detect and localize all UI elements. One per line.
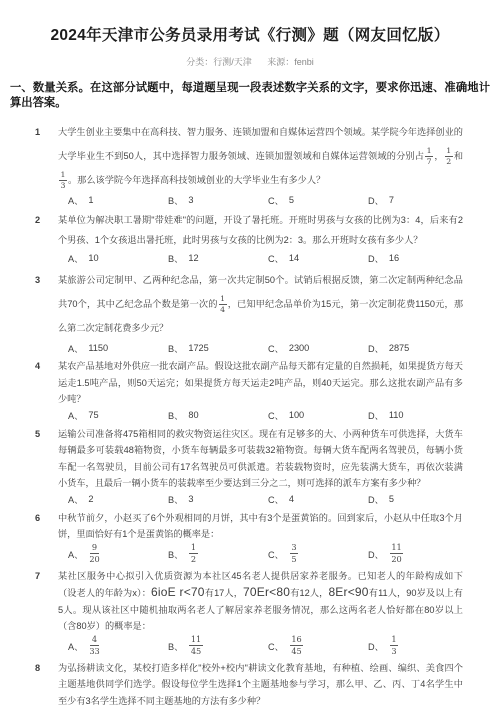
- option-fraction: 1145: [189, 635, 202, 655]
- option-label: B、: [168, 193, 183, 207]
- option-value: 7: [389, 195, 394, 205]
- option-fraction: 1645: [290, 635, 303, 655]
- option-label: A、: [68, 639, 83, 653]
- question-text-segment: 为弘扬耕读文化，某校打造多样化"校外+校内"耕读文化教育基地，有种植、绘画、编织…: [58, 663, 463, 706]
- question-body: 大学生创业主要集中在高科技、智力服务、连锁加盟和自媒体运营四个领域。某学院今年选…: [58, 120, 463, 207]
- question-number: 8: [35, 660, 58, 708]
- question-body: 某农产品基地对外供应一批农副产品。假设这批农副产品每天都有定量的自然损耗，如果提…: [58, 358, 463, 423]
- option-item: C、4: [268, 492, 368, 506]
- option-value: 12: [188, 253, 198, 263]
- fraction-denominator: 45: [191, 646, 201, 656]
- option-value: 75: [88, 410, 98, 420]
- fraction-denominator: 45: [291, 646, 301, 656]
- question-text-segment: 有12人，: [290, 588, 328, 598]
- option-item: D、16: [368, 251, 468, 265]
- option-item: C、5: [268, 193, 368, 207]
- option-item: D、13: [368, 635, 468, 655]
- question-text-segment: 8Er<90: [328, 585, 368, 599]
- option-label: A、: [68, 492, 83, 506]
- fraction-numerator: 3: [290, 543, 298, 554]
- option-fraction: 920: [89, 543, 99, 563]
- meta-category: 分类：行测/天津: [186, 57, 252, 67]
- option-label: D、: [368, 547, 384, 561]
- option-value: 4: [289, 494, 294, 504]
- question-text-segment: 某农产品基地对外供应一批农副产品。假设这批农副产品每天都有定量的自然损耗，如果提…: [58, 361, 463, 404]
- option-label: B、: [168, 492, 183, 506]
- question-body: 某社区服务中心拟引入优质资源为本社区45名老人提供居家养老服务。已知老人的年龄构…: [58, 568, 463, 657]
- options-row: A、1150B、1725C、2300D、2875: [58, 340, 463, 355]
- option-label: B、: [168, 251, 183, 265]
- option-item: B、80: [168, 408, 268, 422]
- fraction-denominator: 4: [220, 305, 225, 314]
- option-fraction: 433: [89, 635, 99, 655]
- question-text-segment: 大学生创业主要集中在高科技、智力服务、连锁加盟和自媒体运营四个领域。某学院今年选…: [58, 127, 463, 161]
- question-item: 2某单位为解决职工暑期"带娃难"的问题，开设了暑托班。开班时男孩与女孩的比例为3…: [0, 210, 500, 265]
- option-value: 2875: [389, 343, 409, 353]
- option-item: A、1150: [68, 341, 168, 355]
- option-value: 5: [289, 195, 294, 205]
- fraction-denominator: 2: [446, 157, 451, 166]
- option-item: C、1645: [268, 635, 368, 655]
- question-item: 6中秋节前夕，小赵买了6个外观相同的月饼，其中有3个是蛋黄馅的。回到家后，小赵从…: [0, 510, 500, 565]
- option-value: 14: [289, 253, 299, 263]
- question-number: 6: [35, 510, 58, 565]
- option-value: 80: [188, 410, 198, 420]
- question-item: 4某农产品基地对外供应一批农副产品。假设这批农副产品每天都有定量的自然损耗，如果…: [0, 358, 500, 423]
- option-label: C、: [268, 492, 284, 506]
- fraction-numerator: 1: [390, 635, 398, 646]
- question-text: 某旅游公司定制甲、乙两种纪念品，第一次共定制50个。试销后根据反馈，第二次定制两…: [58, 268, 463, 340]
- option-item: D、1120: [368, 543, 468, 563]
- options-row: A、2B、3C、4D、5: [58, 492, 463, 507]
- fraction-numerator: 4: [90, 635, 98, 646]
- option-label: B、: [168, 408, 183, 422]
- question-text-segment: 6ioE r<70: [151, 585, 205, 599]
- option-item: C、2300: [268, 341, 368, 355]
- option-value: 5: [389, 494, 394, 504]
- fraction-denominator: 33: [89, 646, 99, 656]
- fraction-denominator: 20: [89, 554, 99, 564]
- question-text-segment: 有17人，: [205, 588, 243, 598]
- option-label: D、: [368, 639, 384, 653]
- option-item: C、14: [268, 251, 368, 265]
- option-label: B、: [168, 547, 183, 561]
- question-item: 8为弘扬耕读文化，某校打造多样化"校外+校内"耕读文化教育基地，有种植、绘画、编…: [0, 660, 500, 708]
- fraction-numerator: 1: [189, 543, 197, 554]
- question-item: 5运输公司准备将475箱相同的救灾物资运往灾区。现在有足够多的大、小两种货车可供…: [0, 426, 500, 507]
- option-value: 1725: [188, 343, 208, 353]
- question-number: 5: [35, 426, 58, 507]
- options-row: A、920B、12C、35D、1120: [58, 543, 463, 565]
- fraction-numerator: 1: [425, 147, 433, 157]
- options-row: A、75B、80C、100D、110: [58, 408, 463, 423]
- option-label: A、: [68, 341, 83, 355]
- question-text: 运输公司准备将475箱相同的救灾物资运往灾区。现在有足够多的大、小两种货车可供选…: [58, 426, 463, 492]
- option-value: 1: [88, 195, 93, 205]
- exam-page: 2024年天津市公务员录用考试《行测》题（网友回忆版） 分类：行测/天津 来源：…: [0, 0, 500, 708]
- fraction-denominator: 7: [427, 157, 432, 166]
- option-fraction: 12: [189, 543, 197, 563]
- option-value: 1150: [88, 343, 108, 353]
- option-value: 10: [88, 253, 98, 263]
- option-label: C、: [268, 341, 284, 355]
- question-body: 某单位为解决职工暑期"带娃难"的问题，开设了暑托班。开班时男孩与女孩的比例为3：…: [58, 210, 463, 265]
- question-number: 4: [35, 358, 58, 423]
- option-label: B、: [168, 639, 183, 653]
- question-item: 7某社区服务中心拟引入优质资源为本社区45名老人提供居家养老服务。已知老人的年龄…: [0, 568, 500, 657]
- option-value: 2: [88, 494, 93, 504]
- question-body: 某旅游公司定制甲、乙两种纪念品，第一次共定制50个。试销后根据反馈，第二次定制两…: [58, 268, 463, 355]
- question-body: 中秋节前夕，小赵买了6个外观相同的月饼，其中有3个是蛋黄馅的。回到家后，小赵从中…: [58, 510, 463, 565]
- fraction-denominator: 3: [61, 181, 66, 190]
- option-fraction: 13: [390, 635, 398, 655]
- options-row: A、1B、3C、5D、7: [58, 192, 463, 207]
- option-item: B、1725: [168, 341, 268, 355]
- question-text: 中秋节前夕，小赵买了6个外观相同的月饼，其中有3个是蛋黄馅的。回到家后，小赵从中…: [58, 510, 463, 543]
- option-label: B、: [168, 341, 183, 355]
- section-heading: 一、数量关系。在这部分试题中，每道题呈现一段表述数字关系的文字，要求你迅速、准确…: [10, 81, 490, 111]
- question-text-segment: 中秋节前夕，小赵买了6个外观相同的月饼，其中有3个是蛋黄馅的。回到家后，小赵从中…: [58, 513, 463, 540]
- option-item: A、433: [68, 635, 168, 655]
- option-label: D、: [368, 193, 384, 207]
- option-value: 3: [188, 494, 193, 504]
- option-item: D、2875: [368, 341, 468, 355]
- option-item: B、1145: [168, 635, 268, 655]
- option-item: A、2: [68, 492, 168, 506]
- fraction-numerator: 16: [290, 635, 303, 646]
- option-value: 3: [188, 195, 193, 205]
- fraction-denominator: 5: [291, 554, 296, 564]
- question-number: 1: [35, 120, 58, 207]
- option-label: D、: [368, 251, 384, 265]
- fraction-denominator: 20: [391, 554, 401, 564]
- option-item: A、920: [68, 543, 168, 563]
- option-value: 100: [289, 410, 304, 420]
- fraction-numerator: 9: [90, 543, 98, 554]
- fraction-denominator: 2: [191, 554, 196, 564]
- option-item: C、35: [268, 543, 368, 563]
- meta-line: 分类：行测/天津 来源：fenbi: [0, 56, 500, 68]
- inline-fraction: 12: [445, 147, 453, 166]
- option-label: C、: [268, 408, 284, 422]
- options-row: A、10B、12C、14D、16: [58, 250, 463, 265]
- fraction-numerator: 11: [189, 635, 202, 646]
- option-value: 2300: [289, 343, 309, 353]
- question-body: 运输公司准备将475箱相同的救灾物资运往灾区。现在有足够多的大、小两种货车可供选…: [58, 426, 463, 507]
- option-label: D、: [368, 408, 384, 422]
- option-value: 16: [389, 253, 399, 263]
- options-row: A、433B、1145C、1645D、13: [58, 635, 463, 657]
- option-label: C、: [268, 251, 284, 265]
- option-item: B、3: [168, 193, 268, 207]
- option-label: D、: [368, 492, 384, 506]
- option-item: A、1: [68, 193, 168, 207]
- option-label: A、: [68, 408, 83, 422]
- question-number: 7: [35, 568, 58, 657]
- option-item: D、7: [368, 193, 468, 207]
- question-text: 为弘扬耕读文化，某校打造多样化"校外+校内"耕读文化教育基地，有种植、绘画、编织…: [58, 660, 463, 708]
- option-item: D、110: [368, 408, 468, 422]
- option-item: A、10: [68, 251, 168, 265]
- question-number: 2: [35, 210, 58, 265]
- question-text-segment: 和: [454, 151, 463, 161]
- question-text: 某农产品基地对外供应一批农副产品。假设这批农副产品每天都有定量的自然损耗，如果提…: [58, 358, 463, 408]
- page-title: 2024年天津市公务员录用考试《行测》题（网友回忆版）: [0, 26, 500, 46]
- question-text-segment: ，: [434, 151, 444, 161]
- option-item: B、3: [168, 492, 268, 506]
- option-item: A、75: [68, 408, 168, 422]
- fraction-denominator: 3: [391, 646, 396, 656]
- option-label: C、: [268, 639, 284, 653]
- option-value: 110: [389, 410, 404, 420]
- question-item: 1大学生创业主要集中在高科技、智力服务、连锁加盟和自媒体运营四个领域。某学院今年…: [0, 120, 500, 207]
- question-text: 某社区服务中心拟引入优质资源为本社区45名老人提供居家养老服务。已知老人的年龄构…: [58, 568, 463, 635]
- question-item: 3某旅游公司定制甲、乙两种纪念品，第一次共定制50个。试销后根据反馈，第二次定制…: [0, 268, 500, 355]
- option-label: A、: [68, 547, 83, 561]
- inline-fraction: 13: [59, 171, 67, 190]
- question-text: 大学生创业主要集中在高科技、智力服务、连锁加盟和自媒体运营四个领域。某学院今年选…: [58, 120, 463, 192]
- option-label: A、: [68, 251, 83, 265]
- option-fraction: 1120: [390, 543, 403, 563]
- option-item: B、12: [168, 543, 268, 563]
- question-text-segment: 70Er<80: [243, 585, 290, 599]
- inline-fraction: 17: [425, 147, 433, 166]
- question-text-segment: 某单位为解决职工暑期"带娃难"的问题，开设了暑托班。开班时男孩与女孩的比例为3：…: [58, 215, 463, 245]
- option-fraction: 35: [290, 543, 298, 563]
- inline-fraction: 14: [219, 295, 227, 314]
- option-item: D、5: [368, 492, 468, 506]
- fraction-numerator: 11: [390, 543, 403, 554]
- question-body: 为弘扬耕读文化，某校打造多样化"校外+校内"耕读文化教育基地，有种植、绘画、编织…: [58, 660, 463, 708]
- question-number: 3: [35, 268, 58, 355]
- question-text-segment: 。那么该学院今年选择高科技领域创业的大学毕业生有多少人？: [68, 175, 325, 185]
- option-label: C、: [268, 547, 284, 561]
- question-text: 某单位为解决职工暑期"带娃难"的问题，开设了暑托班。开班时男孩与女孩的比例为3：…: [58, 210, 463, 250]
- option-label: A、: [68, 193, 83, 207]
- option-item: B、12: [168, 251, 268, 265]
- question-text-segment: 运输公司准备将475箱相同的救灾物资运往灾区。现在有足够多的大、小两种货车可供选…: [58, 429, 463, 489]
- fraction-numerator: 1: [445, 147, 453, 157]
- option-item: C、100: [268, 408, 368, 422]
- meta-source: 来源：fenbi: [267, 57, 314, 67]
- option-label: C、: [268, 193, 284, 207]
- question-list: 1大学生创业主要集中在高科技、智力服务、连锁加盟和自媒体运营四个领域。某学院今年…: [0, 120, 500, 708]
- fraction-numerator: 1: [59, 171, 67, 181]
- option-label: D、: [368, 341, 384, 355]
- fraction-numerator: 1: [219, 295, 227, 305]
